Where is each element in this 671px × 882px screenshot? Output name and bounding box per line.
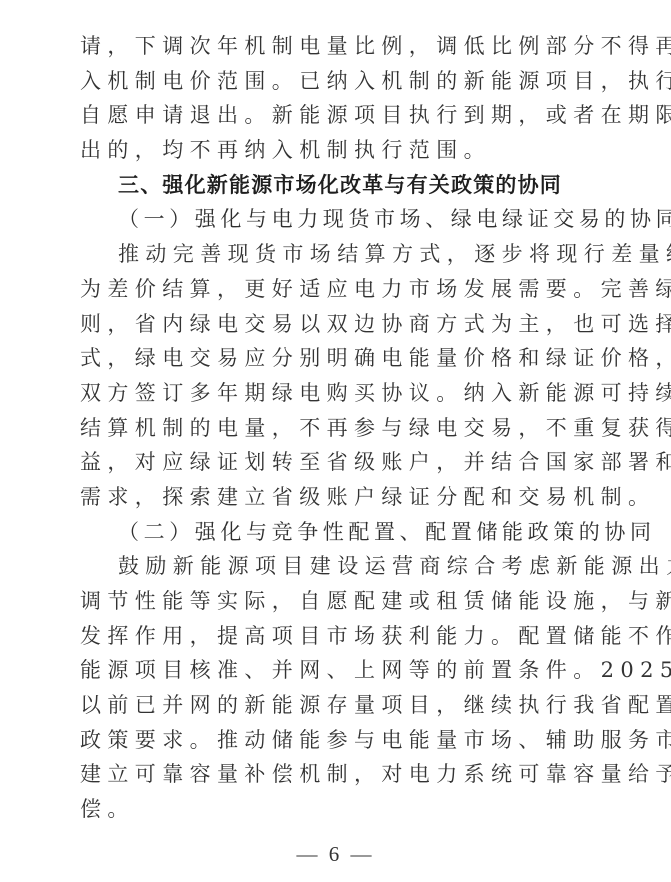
subsection-heading-1: （一）强化与电力现货市场、绿电绿证交易的协同	[80, 202, 588, 237]
text-line: 为差价结算，更好适应电力市场发展需要。完善绿电交易规	[80, 272, 588, 307]
text-line: 入机制电价范围。已纳入机制的新能源项目，执行期限内可	[80, 64, 588, 99]
text-line: 则，省内绿电交易以双边协商方式为主，也可选择挂牌方	[80, 307, 588, 342]
document-page: 请，下调次年机制电量比例，调低比例部分不得再次申请纳 入机制电价范围。已纳入机制…	[80, 29, 588, 827]
text-line: 双方签订多年期绿电购买协议。纳入新能源可持续发展价格	[80, 376, 588, 411]
text-line: 式，绿电交易应分别明确电能量价格和绿证价格，鼓励发用	[80, 341, 588, 376]
text-line: 请，下调次年机制电量比例，调低比例部分不得再次申请纳	[80, 29, 588, 64]
text-line: 益，对应绿证划转至省级账户，并结合国家部署和电力用户	[80, 445, 588, 480]
section-heading: 三、强化新能源市场化改革与有关政策的协同	[80, 168, 588, 203]
text-line: 调节性能等实际，自愿配建或租赁储能设施，与新能源协同	[80, 584, 588, 619]
text-line: 政策要求。推动储能参与电能量市场、辅助服务市场，有序	[80, 723, 588, 758]
paragraph-spot-market: 推动完善现货市场结算方式，逐步将现行差量结算调整 为差价结算，更好适应电力市场发…	[80, 237, 588, 515]
text-line: 偿。	[80, 792, 588, 827]
subsection-heading-2: （二）强化与竞争性配置、配置储能政策的协同	[80, 515, 588, 550]
text-line: 能源项目核准、并网、上网等的前置条件。2025 年 6 月 1 日	[80, 653, 588, 688]
paragraph-continuation: 请，下调次年机制电量比例，调低比例部分不得再次申请纳 入机制电价范围。已纳入机制…	[80, 29, 588, 168]
text-line: 发挥作用，提高项目市场获利能力。配置储能不作为新建新	[80, 619, 588, 654]
text-line: 自愿申请退出。新能源项目执行到期，或者在期限内自愿退	[80, 98, 588, 133]
text-line: 出的，均不再纳入机制执行范围。	[80, 133, 588, 168]
text-line: 推动完善现货市场结算方式，逐步将现行差量结算调整	[80, 237, 588, 272]
page-number: — 6 —	[0, 842, 671, 867]
text-line: 建立可靠容量补偿机制，对电力系统可靠容量给予合理补	[80, 757, 588, 792]
text-line: 鼓励新能源项目建设运营商综合考虑新能源出力特性、	[80, 549, 588, 584]
text-line: 以前已并网的新能源存量项目，继续执行我省配置储能有关	[80, 688, 588, 723]
paragraph-energy-storage: 鼓励新能源项目建设运营商综合考虑新能源出力特性、 调节性能等实际，自愿配建或租赁…	[80, 549, 588, 827]
text-line: 结算机制的电量，不再参与绿电交易，不重复获得绿证收	[80, 411, 588, 446]
text-line: 需求，探索建立省级账户绿证分配和交易机制。	[80, 480, 588, 515]
